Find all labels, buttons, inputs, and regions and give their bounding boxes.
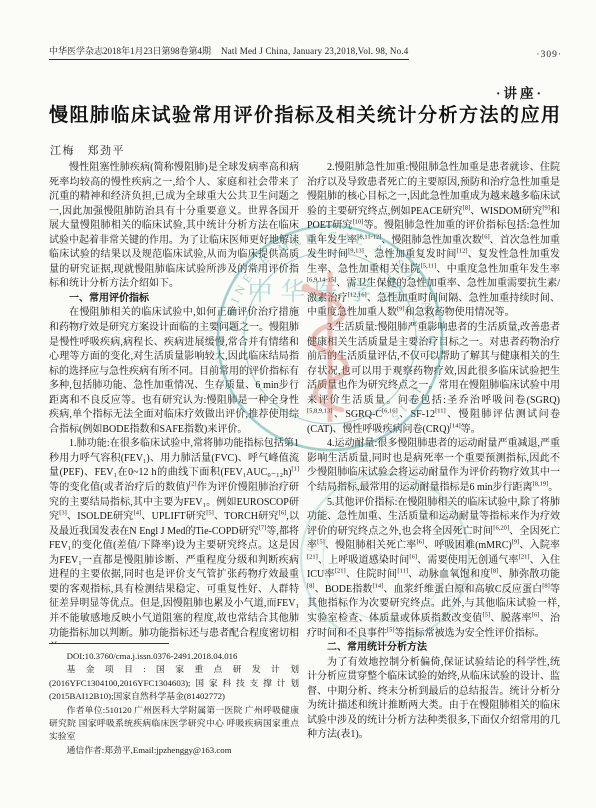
section-heading: 二、常用统计分析方法: [307, 641, 560, 656]
article-title: 慢阻肺临床试验常用评价指标及相关统计分析方法的应用: [49, 100, 562, 127]
paragraph: 3.生活质量:慢阻肺严重影响患者的生活质量,改善患者健康相关生活质量是主要治疗目…: [307, 321, 560, 437]
paragraph: 慢性阻塞性肺疾病(简称慢阻肺)是全球发病率高和病死率均较高的慢性疾病之一,给个人…: [49, 161, 299, 292]
section-heading: 一、常用评价指标: [49, 292, 299, 307]
paragraph: 通信作者:郑劲平,Email:jpzhenggy@163.com: [49, 744, 299, 757]
journal-page: 中华医学杂志2018年1月23日第98卷第4期Natl Med J China,…: [0, 0, 596, 808]
footnote-lines: DOI:10.3760/cma.j.issn.0376-2491.2018.04…: [49, 650, 299, 757]
paragraph: 4.运动耐量:很多慢阻肺患者的运动耐量严重减退,严重影响生活质量,同时也是病死率…: [307, 437, 560, 495]
footnote-block: DOI:10.3760/cma.j.issn.0376-2491.2018.04…: [49, 643, 299, 757]
journal-citation: 中华医学杂志2018年1月23日第98卷第4期Natl Med J China,…: [49, 44, 409, 60]
left-column: 慢性阻塞性肺疾病(简称慢阻肺)是全球发病率高和病死率均较高的慢性疾病之一,给个人…: [49, 161, 299, 643]
paragraph: 在慢阻肺相关的临床试验中,如何正确评价治疗措施和药物疗效是研究方案设计面临的主要…: [49, 306, 299, 437]
paragraph: DOI:10.3760/cma.j.issn.0376-2491.2018.04…: [49, 650, 299, 663]
paragraph: 1.肺功能:在很多临床试验中,常将肺功能指标包括第1秒用力呼气容积(FEV₁)、…: [49, 437, 299, 643]
journal-citation-en: Natl Med J China, January 23,2018,Vol. 9…: [221, 46, 408, 56]
footnote-divider: [49, 643, 169, 644]
page-number: ·309·: [536, 50, 562, 60]
article-authors: 江梅 郑劲平: [50, 142, 125, 158]
paragraph: 为了有效地控制分析偏倚,保证试验结论的科学性,统计分析应贯穿整个临床试验的始终,…: [307, 656, 560, 743]
column-label: ·讲座·: [496, 82, 544, 102]
paragraph: 作者单位:510120 广州医科大学附属第一医院 广州呼吸健康研究院 国家呼吸系…: [49, 704, 299, 744]
running-header: 中华医学杂志2018年1月23日第98卷第4期Natl Med J China,…: [49, 44, 562, 60]
right-column: 2.慢阻肺急性加重:慢阻肺急性加重是患者就诊、住院治疗以及导致患者死亡的主要原因…: [307, 161, 560, 765]
paragraph: 基金项目:国家重点研发计划(2016YFC1304100,2016YFC1304…: [49, 663, 299, 703]
journal-citation-cn: 中华医学杂志2018年1月23日第98卷第4期: [49, 46, 211, 56]
paragraph: 2.慢阻肺急性加重:慢阻肺急性加重是患者就诊、住院治疗以及导致患者死亡的主要原因…: [307, 161, 560, 321]
paragraph: 5.其他评价指标:在慢阻肺相关的临床试验中,除了将肺功能、急性加重、生活质量和运…: [307, 496, 560, 641]
